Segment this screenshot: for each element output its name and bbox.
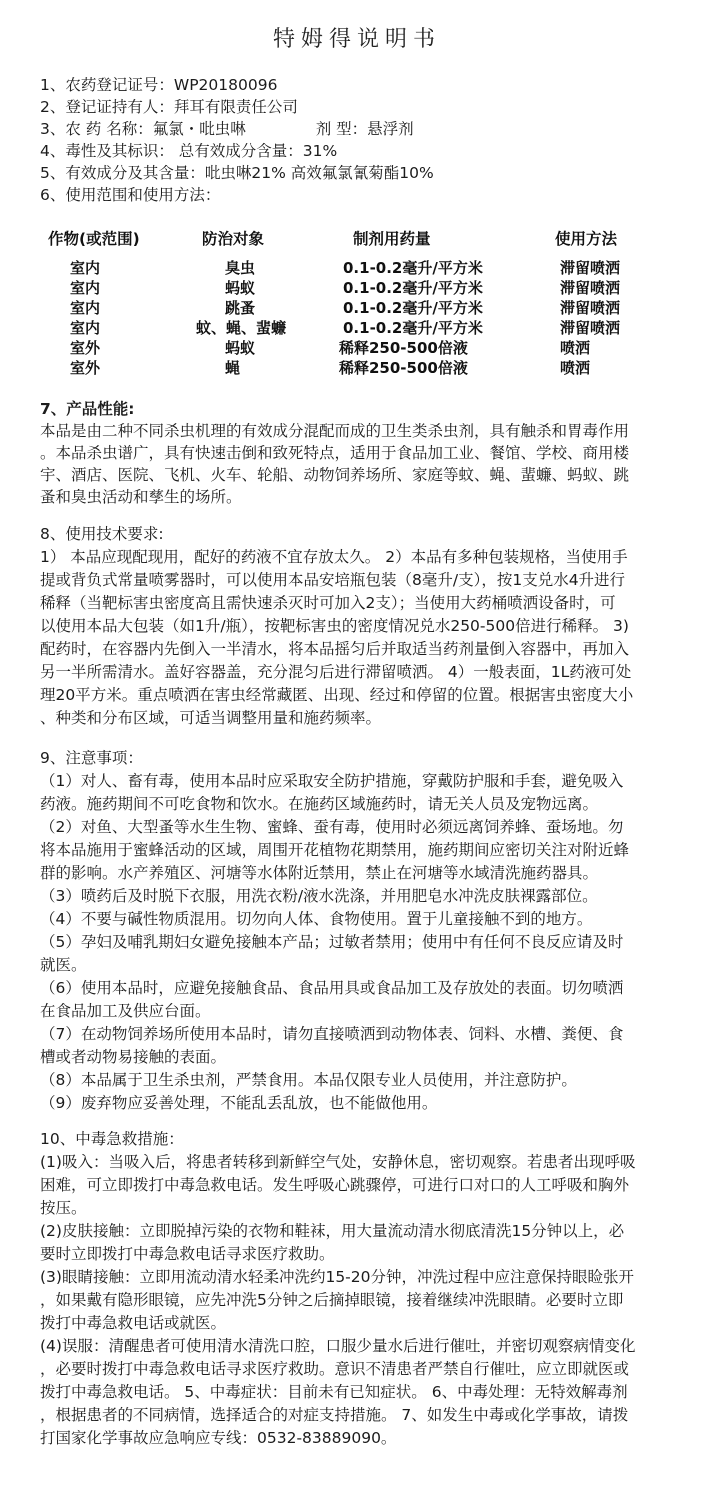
paragraph-line: 提或背负式常量喷雾器时，可以使用本品安培瓶包装（8毫升/支），按1支兑水4升进行 [40,569,625,591]
paragraph-line: 拨打中毒急救电话。 5、中毒症状：目前未有已知症状。 6、中毒处理：无特效解毒剂 [40,1381,628,1403]
cell-method: 喷洒 [560,338,590,358]
paragraph-line: 理20平方米。重点喷洒在害虫经常藏匿、出现、经过和停留的位置。根据害虫密度大小 [40,684,633,706]
paragraph-line: （2）对鱼、大型蚤等水生生物、蜜蜂、蚕有毒，使用时必须远离饲养蜂、蚕场地。勿 [40,816,623,838]
paragraph-line: 另一半所需清水。盖好容器盖，充分混匀后进行滞留喷洒。 4）一般表面，1L药液可处 [40,661,631,683]
paragraph-line: 就医。 [40,954,87,976]
header-crop: 作物(或范围) [48,229,140,249]
paragraph-line: (3)眼睛接触：立即用流动清水轻柔冲洗约15-20分钟，冲洗过程中应注意保持眼睑… [40,1266,634,1288]
paragraph-line: 稀释（当靶标害虫密度高且需快速杀灭时可加入2支）；当使用大药桶喷洒设备时，可 [40,592,616,614]
paragraph-line: 以使用本品大包装（如1升/瓶），按靶标害虫的密度情况兑水250-500倍进行稀释… [40,615,629,637]
cell-target: 蝇 [225,358,240,378]
info-registrant: 2、登记证持有人：拜耳有限责任公司 [40,96,298,118]
section-heading: 9、注意事项： [40,747,143,769]
info-registration-number: 1、农药登记证号：WP20180096 [40,74,277,96]
paragraph-line: （1）对人、畜有毒，使用本品时应采取安全防护措施，穿戴防护服和手套，避免吸入 [40,770,623,792]
paragraph-line: （8）本品属于卫生杀虫剂，严禁食用。本品仅限专业人员使用，并注意防护。 [40,1069,577,1091]
cell-dosage: 稀释250-500倍液 [339,338,468,358]
cell-dosage: 稀释250-500倍液 [339,358,468,378]
cell-dosage: 0.1-0.2毫升/平方米 [343,298,483,318]
paragraph-line: （9）废弃物应妥善处理，不能乱丢乱放，也不能做他用。 [40,1092,437,1114]
paragraph-line: （6）使用本品时，应避免接触食品、食品用具或食品加工及存放处的表面。切勿喷洒 [40,977,623,999]
paragraph-line: （7）在动物饲养场所使用本品时，请勿直接喷洒到动物体表、饲料、水槽、粪便、食 [40,1023,623,1045]
paragraph-line: （5）孕妇及哺乳期妇女避免接触本产品；过敏者禁用；使用中有任何不良反应请及时 [40,931,623,953]
paragraph-line: 打国家化学事故应急响应专线：0532-83889090。 [40,1427,396,1449]
paragraph-line: (1)吸入：当吸入后，将患者转移到新鲜空气处，安静休息，密切观察。若患者出现呼吸 [40,1151,635,1173]
cell-target: 蚂蚁 [225,338,255,358]
cell-dosage: 0.1-0.2毫升/平方米 [343,318,483,338]
header-target: 防治对象 [202,229,264,249]
section-heading: 10、中毒急救措施： [40,1128,184,1150]
paragraph-line: 要时立即拨打中毒急救电话寻求医疗救助。 [40,1243,335,1265]
cell-crop: 室外 [70,358,100,378]
cell-target: 跳蚤 [225,298,255,318]
pesticide-name: 3、农 药 名称：氟氯・吡虫啉 [40,120,246,138]
cell-method: 喷洒 [560,358,590,378]
cell-method: 滞留喷洒 [560,258,620,278]
cell-crop: 室内 [70,318,100,338]
cell-method: 滞留喷洒 [560,298,620,318]
cell-crop: 室内 [70,298,100,318]
paragraph-line: 药液。施药期间不可吃食物和饮水。在施药区域施药时，请无关人员及宠物远离。 [40,793,598,815]
paragraph-line: ，必要时拨打中毒急救电话寻求医疗救助。意识不清患者严禁自行催吐，应立即就医或 [40,1358,629,1380]
paragraph-line: 将本品施用于蜜蜂活动的区域，周围开花植物花期禁用，施药期间应密切关注对附近蜂 [40,839,629,861]
paragraph-line: 群的影响。水产养殖区、河塘等水体附近禁用，禁止在河塘等水域清洗施药器具。 [40,862,598,884]
info-usage-heading: 6、使用范围和使用方法： [40,184,220,206]
paragraph-line: (2)皮肤接触：立即脱掉污染的衣物和鞋袜，用大量流动清水彻底清洗15分钟以上，必 [40,1220,624,1242]
info-toxicity: 4、毒性及其标识： 总有效成分含量：31% [40,140,337,162]
info-active-ingredients: 5、有效成分及其含量：吡虫啉21% 高效氟氯氰菊酯10% [40,162,434,184]
section-heading: 8、使用技术要求: [40,523,164,545]
cell-crop: 室内 [70,278,100,298]
paragraph-line: 按压。 [40,1197,87,1219]
cell-target: 蚂蚁 [225,278,255,298]
header-method: 使用方法 [555,229,617,249]
cell-crop: 室内 [70,258,100,278]
cell-target: 臭虫 [225,258,255,278]
paragraph-line: （3）喷药后及时脱下衣服，用洗衣粉/液水洗涤，并用肥皂水冲洗皮肤裸露部位。 [40,885,598,907]
paragraph-line: 在食品加工及供应台面。 [40,1000,211,1022]
paragraph-line: 本品是由二种不同杀虫机理的有效成分混配而成的卫生类杀虫剂，具有触杀和胃毒作用 [40,420,629,442]
info-pesticide-name: 3、农 药 名称：氟氯・吡虫啉剂 型：悬浮剂 [40,118,414,140]
paragraph-line: 困难，可立即拨打中毒急救电话。发生呼吸心跳骤停，可进行口对口的人工呼吸和胸外 [40,1174,629,1196]
paragraph-line: 拨打中毒急救电话或就医。 [40,1312,226,1334]
paragraph-line: 槽或者动物易接触的表面。 [40,1046,226,1068]
paragraph-line: （4）不要与碱性物质混用。切勿向人体、食物使用。置于儿童接触不到的地方。 [40,908,592,930]
document-title: 特姆得说明书 [0,22,714,53]
paragraph-line: 1） 本品应现配现用，配好的药液不宜存放太久。 2）本品有多种包装规格，当使用手 [40,546,628,568]
formulation-type: 剂 型：悬浮剂 [316,120,414,138]
paragraph-line: ，如果戴有隐形眼镜，应先冲洗5分钟之后摘掉眼镜，接着继续冲洗眼睛。必要时立即 [40,1289,623,1311]
cell-dosage: 0.1-0.2毫升/平方米 [343,278,483,298]
paragraph-line: 宇、酒店、医院、飞机、火车、轮船、动物饲养场所、家庭等蚊、蝇、蜚蠊、蚂蚁、跳 [40,464,629,486]
cell-method: 滞留喷洒 [560,318,620,338]
paragraph-line: ，根据患者的不同病情，选择适合的对症支持措施。 7、如发生中毒或化学事故，请拨 [40,1404,628,1426]
cell-target: 蚊、蝇、蜚蠊 [196,318,286,338]
paragraph-line: 。本品杀虫谱广，具有快速击倒和致死特点，适用于食品加工业、餐馆、学校、商用楼 [40,442,629,464]
cell-dosage: 0.1-0.2毫升/平方米 [343,258,483,278]
header-dosage: 制剂用药量 [353,229,431,249]
paragraph-line: 、种类和分布区域，可适当调整用量和施药频率。 [40,707,381,729]
paragraph-line: 配药时，在容器内先倒入一半清水，将本品摇匀后并取适当药剂量倒入容器中，再加入 [40,638,629,660]
paragraph-line: 蚤和臭虫活动和孳生的场所。 [40,486,242,508]
section-heading: 7、产品性能: [40,398,134,420]
cell-crop: 室外 [70,338,100,358]
paragraph-line: (4)误服：清醒患者可使用清水清洗口腔，口服少量水后进行催吐，并密切观察病情变化 [40,1335,635,1357]
cell-method: 滞留喷洒 [560,278,620,298]
